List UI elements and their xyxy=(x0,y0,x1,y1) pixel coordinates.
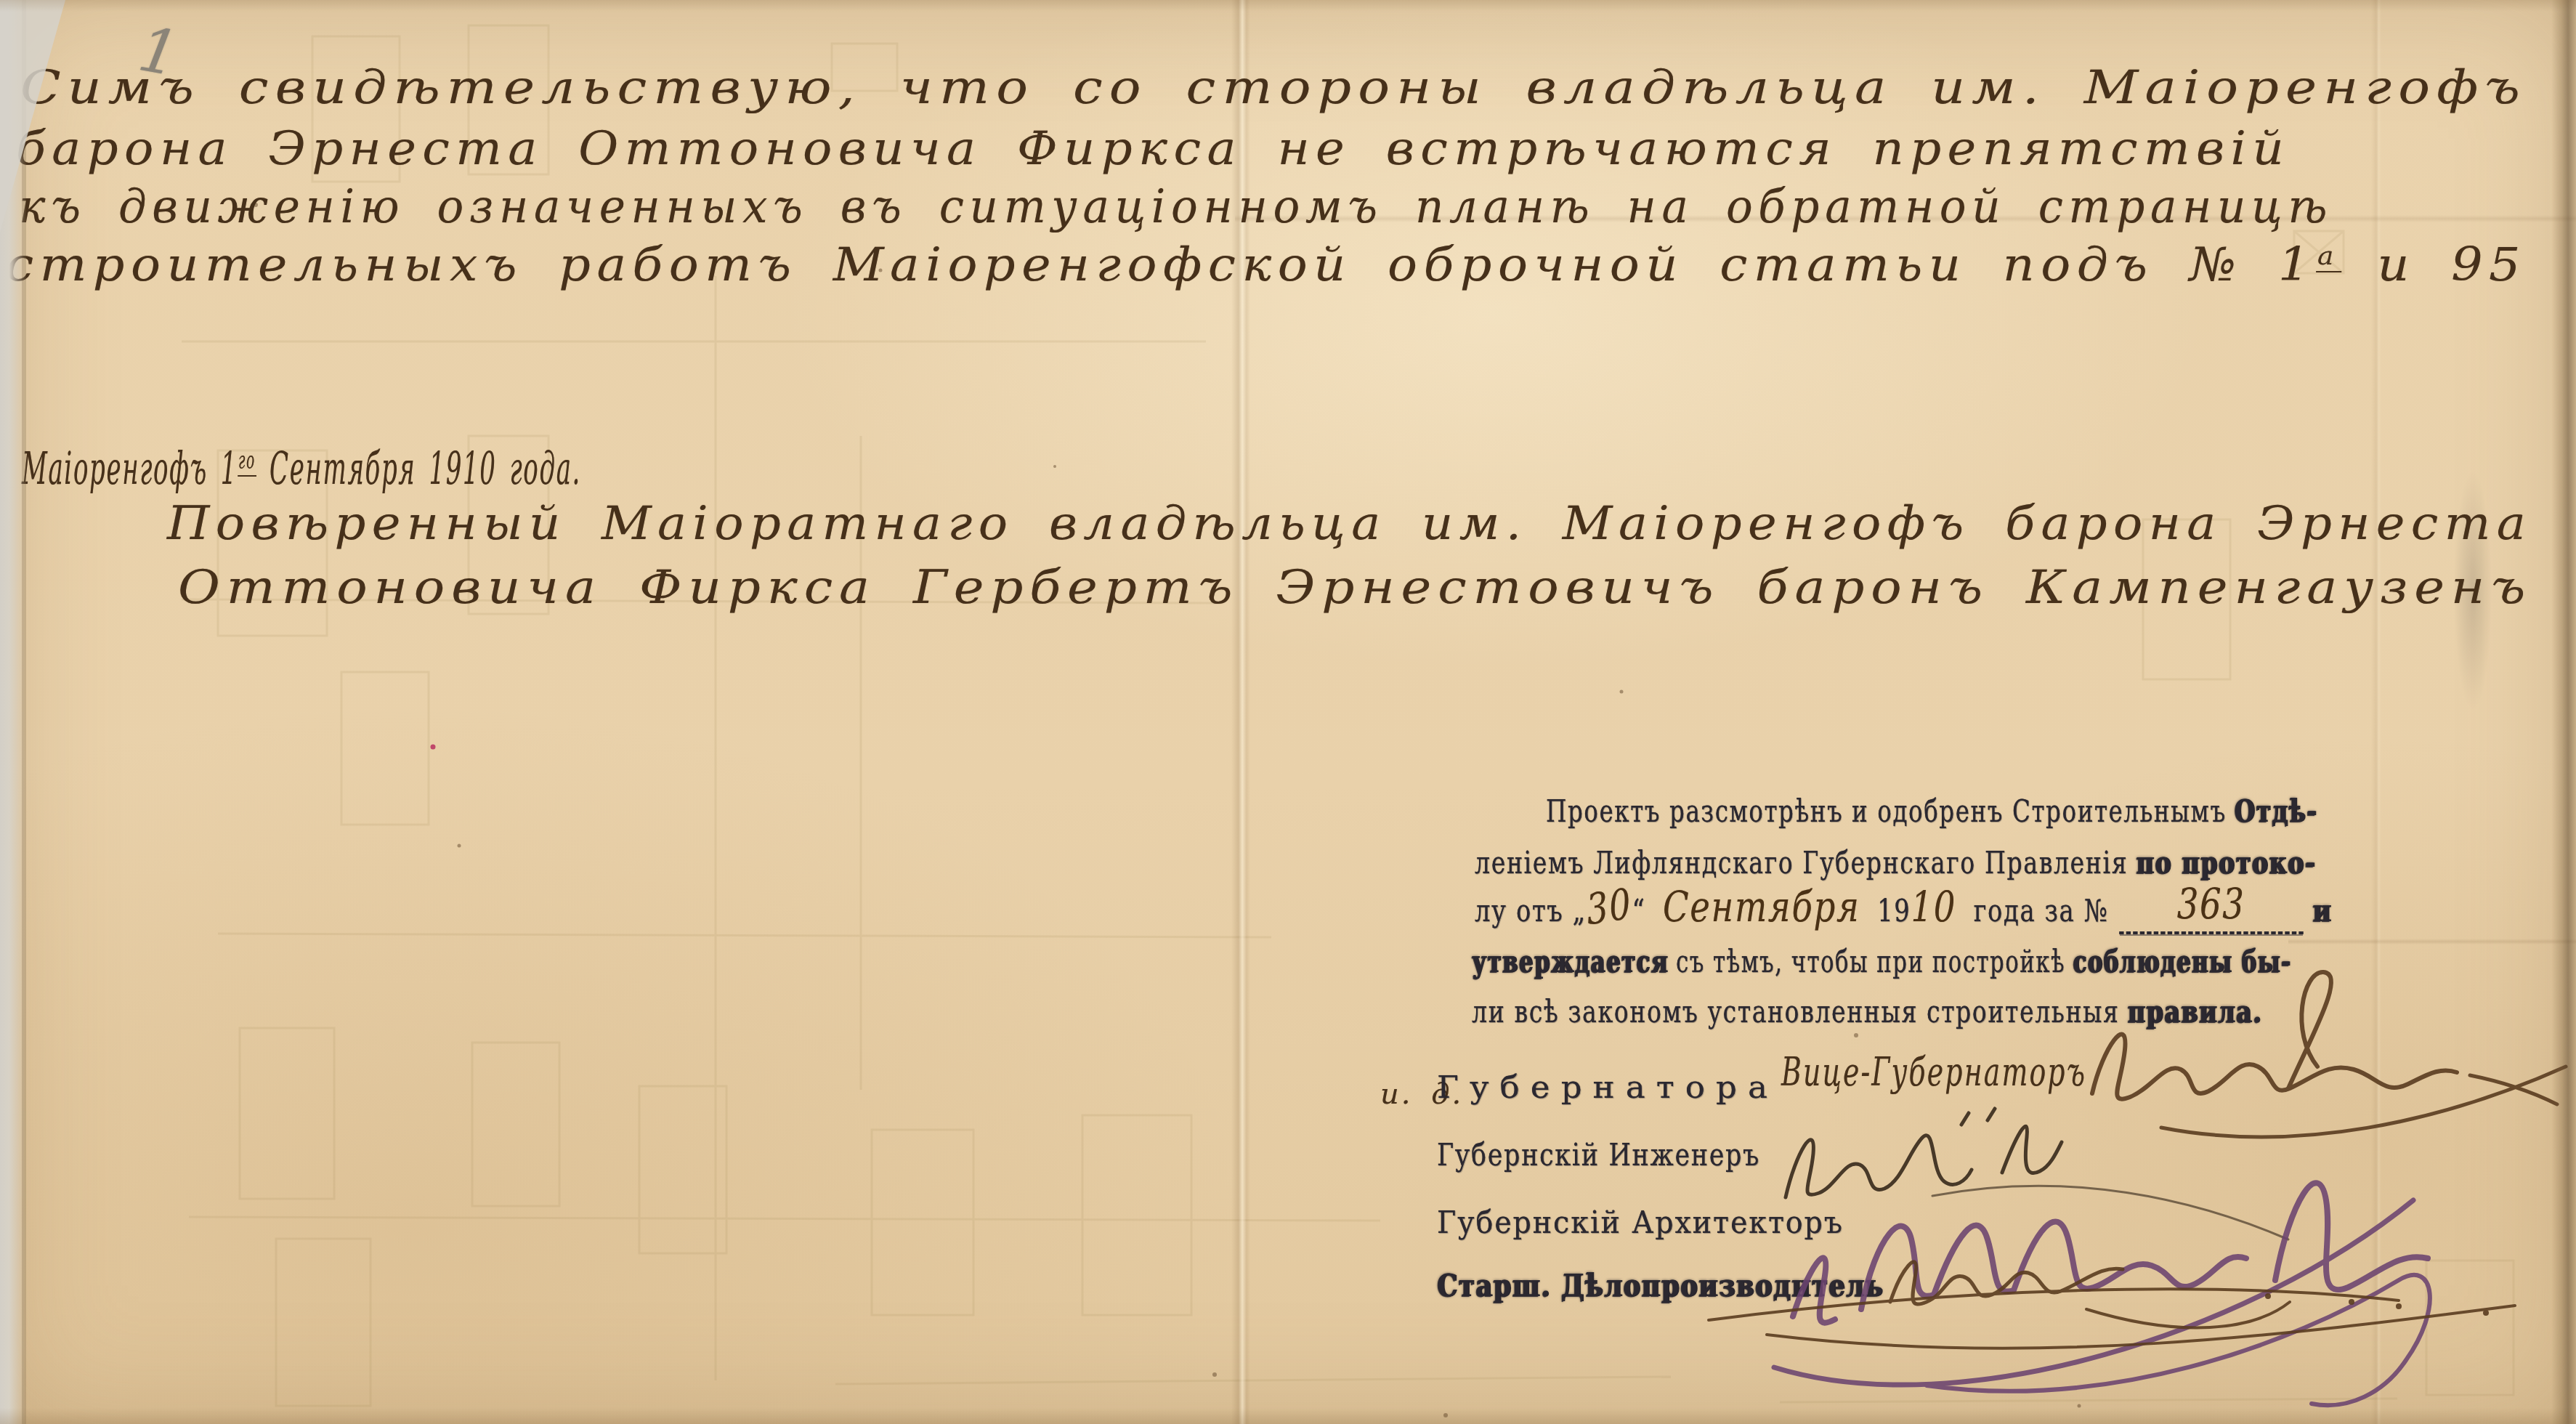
paper-edge-top xyxy=(0,0,2576,12)
paper-edge-bottom xyxy=(0,1408,2576,1424)
document-scan: 1 Симъ свидѣтельствую, что со стороны вл… xyxy=(0,0,2576,1424)
paper-edge-left-shadow xyxy=(22,0,26,1424)
paper-edge-right xyxy=(2551,0,2576,1424)
engineer-signature xyxy=(1786,1109,2288,1239)
governor-signature xyxy=(2092,972,2566,1137)
signatures-layer xyxy=(0,0,2576,1424)
